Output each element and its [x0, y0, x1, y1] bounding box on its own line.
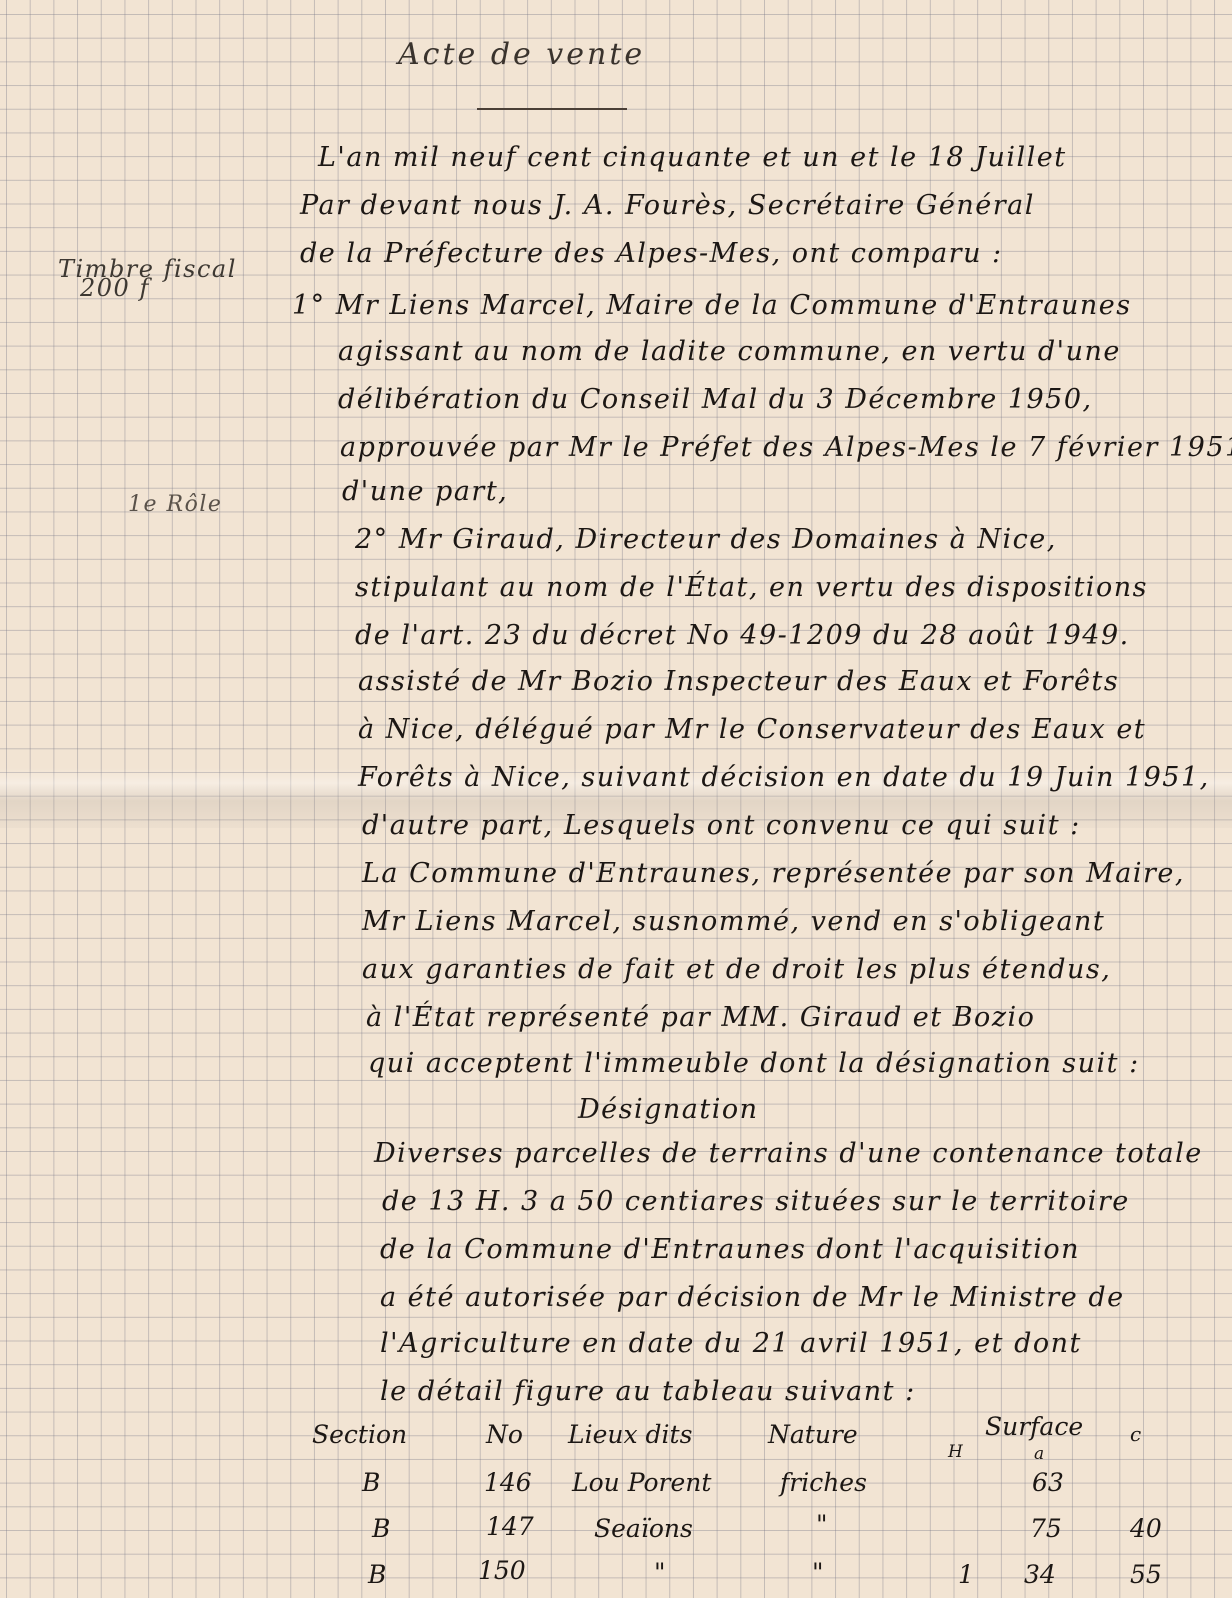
body-line: Forêts à Nice, suivant décision en date … — [358, 764, 1210, 791]
cell-a: 75 — [1030, 1514, 1062, 1543]
designation-line: de 13 H. 3 a 50 centiares situées sur le… — [382, 1188, 1130, 1215]
cell-a: 63 — [1032, 1468, 1064, 1497]
cell-nature: " — [816, 1510, 828, 1539]
cell-numero: 146 — [484, 1468, 532, 1497]
header-lieux-dits: Lieux dits — [568, 1420, 692, 1449]
cell-lieux-dits: Lou Porent — [572, 1468, 711, 1497]
body-line: La Commune d'Entraunes, représentée par … — [362, 860, 1185, 887]
designation-line: de la Commune d'Entraunes dont l'acquisi… — [380, 1236, 1080, 1263]
header-surface-c: c — [1130, 1422, 1141, 1446]
cell-numero: 147 — [486, 1512, 534, 1541]
header-nature: Nature — [768, 1420, 858, 1449]
body-line: Mr Liens Marcel, susnommé, vend en s'obl… — [362, 908, 1105, 935]
cell-c: 55 — [1130, 1560, 1162, 1589]
header-surface-h: H — [948, 1442, 963, 1462]
body-line: 2° Mr Giraud, Directeur des Domaines à N… — [355, 526, 1057, 553]
margin-note-role: 1e Rôle — [128, 494, 222, 516]
header-surface-a: a — [1034, 1444, 1044, 1464]
cell-h: 1 — [958, 1560, 974, 1589]
document-title: Acte de vente — [398, 40, 645, 70]
cell-c: 40 — [1130, 1514, 1162, 1543]
body-line: de la Préfecture des Alpes-Mes, ont comp… — [300, 240, 1003, 267]
cell-numero: 150 — [478, 1556, 526, 1585]
body-line: Par devant nous J. A. Fourès, Secrétaire… — [300, 192, 1035, 219]
body-line: d'autre part, Lesquels ont convenu ce qu… — [362, 812, 1081, 839]
designation-line: l'Agriculture en date du 21 avril 1951, … — [380, 1330, 1082, 1357]
margin-note-stamp-amount: 200 f — [80, 276, 150, 300]
cell-lieux-dits: " — [654, 1558, 666, 1587]
header-section: Section — [312, 1420, 407, 1449]
body-line: aux garanties de fait et de droit les pl… — [362, 956, 1111, 983]
body-line: 1° Mr Liens Marcel, Maire de la Commune … — [292, 292, 1132, 319]
cell-section: B — [372, 1514, 390, 1543]
body-line: de l'art. 23 du décret No 49-1209 du 28 … — [355, 622, 1130, 649]
designation-line: a été autorisée par décision de Mr le Mi… — [380, 1284, 1125, 1311]
title-underline — [477, 108, 627, 110]
body-line: stipulant au nom de l'État, en vertu des… — [355, 574, 1148, 601]
header-numero: No — [486, 1420, 523, 1449]
body-line: d'une part, — [342, 478, 508, 505]
designation-line: Diverses parcelles de terrains d'une con… — [374, 1140, 1203, 1167]
body-line: délibération du Conseil Mal du 3 Décembr… — [338, 386, 1093, 413]
cell-a: 34 — [1024, 1560, 1056, 1589]
body-line: agissant au nom de ladite commune, en ve… — [338, 338, 1121, 365]
body-line: qui acceptent l'immeuble dont la désigna… — [368, 1050, 1140, 1077]
cell-section: B — [368, 1560, 386, 1589]
stamp-amount-text: 200 f — [80, 274, 150, 302]
cell-nature: friches — [780, 1468, 867, 1497]
cell-lieux-dits: Seaïons — [594, 1514, 693, 1543]
body-line: L'an mil neuf cent cinquante et un et le… — [318, 144, 1067, 171]
body-line: assisté de Mr Bozio Inspecteur des Eaux … — [358, 668, 1119, 695]
body-line: approuvée par Mr le Préfet des Alpes-Mes… — [340, 434, 1232, 461]
header-surface: Surface — [985, 1412, 1083, 1441]
cell-section: B — [362, 1468, 380, 1497]
cell-nature: " — [812, 1558, 824, 1587]
section-heading-designation: Désignation — [578, 1096, 759, 1123]
body-line: à Nice, délégué par Mr le Conservateur d… — [358, 716, 1146, 743]
body-line: à l'État représenté par MM. Giraud et Bo… — [366, 1004, 1035, 1031]
designation-line: le détail figure au tableau suivant : — [380, 1378, 916, 1405]
